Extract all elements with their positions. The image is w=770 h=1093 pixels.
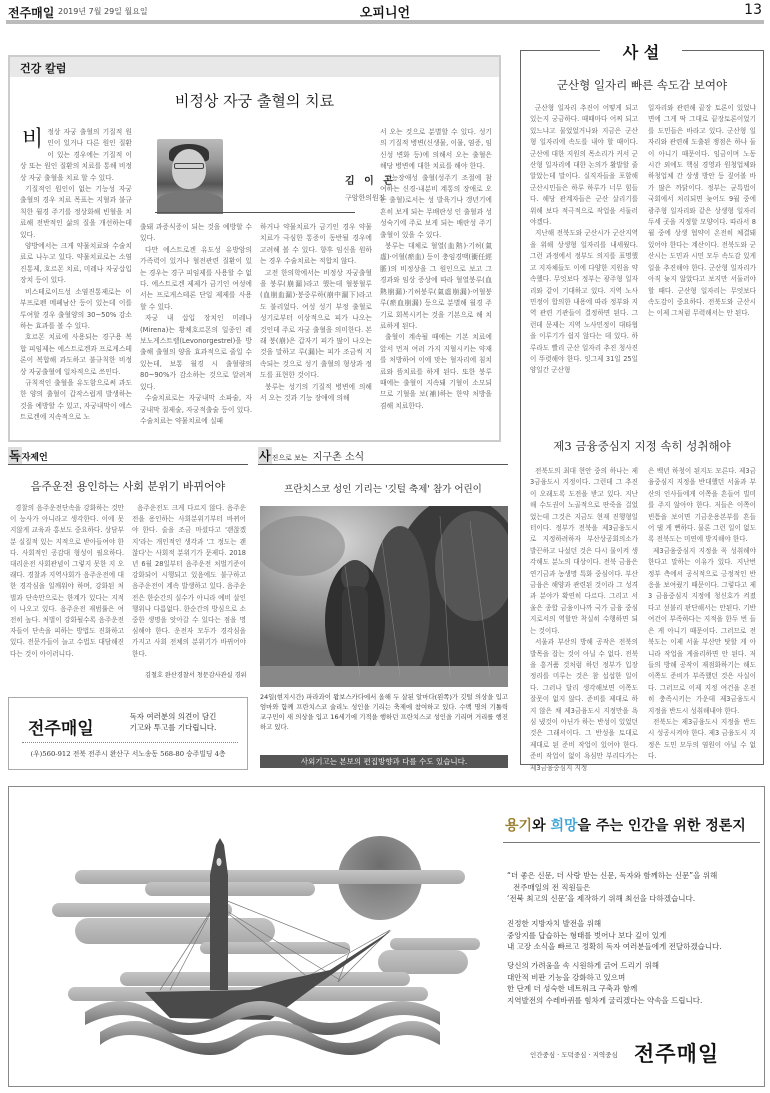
contact-logo: 전주매일	[28, 714, 94, 739]
editorial-2-text-1: 전북도의 최대 현안 중의 하나는 제3금융도시 지정이다. 그런데 그 추진이…	[530, 466, 638, 774]
ad-paragraph-3: 당신의 가려움을 속 시원하게 긁어 드리기 위해 대안적 비판 기능을 강화하…	[507, 960, 762, 1006]
wave-2	[100, 1021, 440, 1055]
author-divider	[155, 212, 355, 213]
ad-divider	[503, 842, 760, 843]
health-column-text-3: 하거나 약물치료가 금기인 경우 약물치료가 극심한 통증이 동반될 경우에 고…	[260, 222, 372, 405]
disclaimer-bar: 사외기고는 본보의 편집방향과 다를 수도 있습니다.	[260, 755, 508, 768]
editorial-2-text-2: 은 백년 하청이 된지도 모른다. 제3금융중심지 지정을 반대했던 서울과 부…	[648, 466, 756, 763]
editorial-1-text-2: 일자리와 관련해 끝장 토론이 있었냐면에 그게 딱 그대로 끝장토론이었기를 …	[648, 103, 756, 320]
pen-ship-illustration	[20, 800, 480, 1070]
health-column-title: 비정상 자궁 출혈의 치료	[10, 90, 499, 111]
ad-slogan: 용기와 희망을 주는 인간을 위한 정론지	[505, 815, 746, 835]
photo-news-title: 프란치스코 성인 기리는 '깃털 축제' 참가 어린이	[258, 481, 508, 495]
health-column-header: 건강 칼럼	[10, 57, 499, 77]
health-column-text-2: 출돼 과증식증이 되는 것을 예방할 수 있다. 다만 에스트로겐 유도성 유방…	[140, 222, 252, 427]
photo-news-divider	[258, 464, 508, 465]
page-number: 13	[744, 2, 762, 18]
contact-divider	[22, 742, 238, 743]
health-column-label: 건강 칼럼	[10, 57, 499, 79]
photo-caption: 24일(현지시간) 파라과이 왐보스카다에서 올해 두 살된 알마다(왼쪽)가 …	[260, 692, 508, 732]
author-portrait	[157, 139, 223, 214]
editorial-1-text-1: 군산형 일자리 추진이 어떻게 되고 있는지 궁금하다. 때때마다 어찌 되고 …	[530, 103, 638, 377]
health-column-text-1: 비 정상 자궁 출혈의 기질적 원인이 있거나 다른 원인 질환이 있는 경우에…	[20, 127, 132, 424]
health-column-text-4: 서 오는 것으로 분별할 수 있다. 성기의 기질적 병변(신생물, 이물, 염…	[380, 127, 492, 412]
reader-proposal-author: 김철호 완산경찰서 청문감사관실 경위	[145, 670, 247, 679]
editorial-label: 사 설	[600, 40, 682, 63]
reader-proposal-divider	[8, 464, 248, 465]
editorial-title-1: 군산형 일자리 빠른 속도감 보여야	[522, 77, 762, 93]
reader-proposal-text-2: 음주운전도 크게 다르지 않다. 음주운전을 용인하는 사회분위기부터 바뀌어야…	[132, 503, 246, 660]
contact-address: (우)560-912 전북 전주시 완산구 서노송동 568-80 승주빌딩 4…	[8, 748, 248, 758]
editorial-top-rule-right	[682, 50, 764, 51]
ad-paragraph-2: 진정한 지방자치 발전을 위해 중앙지를 답습하는 형태를 벗어나 보다 깊이 …	[507, 918, 762, 953]
dropcap: 비	[22, 129, 43, 151]
ad-logo: 전주매일	[634, 1038, 719, 1068]
contact-message: 독자 여러분의 의견이 담긴 기고와 투고를 기다립니다.	[118, 711, 228, 733]
ad-motto: 인간중심 · 도덕중심 · 지역중심	[530, 1050, 618, 1059]
editorial-title-2: 제3 금융중심지 지정 속히 성취해야	[522, 438, 762, 454]
photo-news-header: 사진으로 보는 지구촌 소식	[258, 445, 508, 461]
feather-costume-image	[260, 506, 508, 687]
header-divider	[6, 20, 764, 24]
editorial-top-rule-left	[520, 50, 600, 51]
reader-proposal-header: 독자제언	[8, 445, 248, 461]
festival-photo	[260, 506, 508, 687]
ad-paragraph-1: “더 좋은 신문, 더 사랑 받는 신문, 독자와 함께하는 신문”을 위해 전…	[507, 870, 762, 905]
header-section-title: 오피니언	[0, 2, 770, 21]
reader-proposal-text-1: 경찰의 음주운전단속을 강화하는 것만이 능사가 아니라고 생각한다. 이에 못…	[10, 503, 124, 660]
reader-proposal-title: 음주운전 용인하는 사회 분위기 바뀌어야	[8, 478, 248, 494]
